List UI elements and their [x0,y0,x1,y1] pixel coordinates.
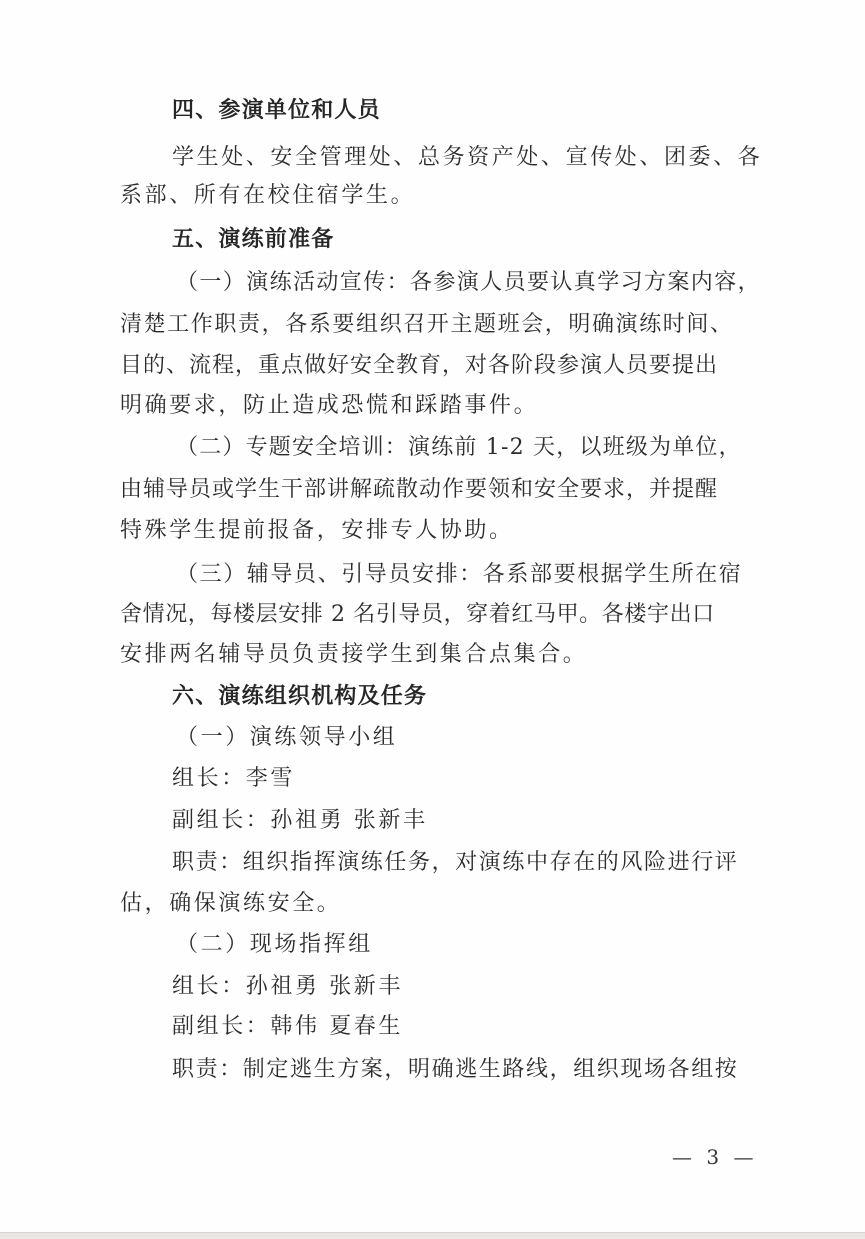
paragraph-line: （二）专题安全培训：演练前 1-2 天，以班级为单位， [176,434,742,462]
paragraph-line: 明确要求，防止造成恐慌和踩踏事件。 [120,392,538,420]
section-heading-organization: 六、演练组织机构及任务 [172,683,427,711]
paragraph-line: 由辅导员或学生干部讲解疏散动作要领和安全要求，并提醒 [120,476,718,504]
paragraph-line: 安排两名辅导员负责接学生到集合点集合。 [120,641,587,669]
paragraph-line: 特殊学生提前报备，安排专人协助。 [120,517,514,545]
subsection-heading-onsite-command: （二）现场指挥组 [176,931,373,959]
paragraph-line: 组长：孙祖勇 张新丰 [172,973,403,1001]
paragraph-line: 职责：组织指挥演练任务，对演练中存在的风险进行评 [172,849,738,877]
paragraph-line: 舍情况，每楼层安排 2 名引导员，穿着红马甲。各楼宇出口 [120,601,715,629]
section-heading-preparation: 五、演练前准备 [172,226,334,254]
paragraph-line: （一）演练活动宣传：各参演人员要认真学习方案内容， [176,269,761,297]
paragraph-line: 清楚工作职责，各系要组织召开主题班会，明确演练时间、 [120,311,734,339]
paragraph-line: 职责：制定逃生方案，明确逃生路线，组织现场各组按 [172,1056,738,1084]
page-number: — 3 — [672,1144,757,1170]
paragraph-line: 学生处、安全管理处、总务资产处、宣传处、团委、各 [172,144,762,172]
paragraph-line: 组长：李雪 [172,765,295,793]
page-bottom-edge [0,1232,865,1239]
paragraph-line: 副组长：孙祖勇 张新丰 [172,807,428,835]
paragraph-line: 系部、所有在校住宿学生。 [120,182,415,210]
paragraph-line: 副组长：韩伟 夏春生 [172,1013,403,1041]
paragraph-line: 目的、流程，重点做好安全教育，对各阶段参演人员要提出 [120,352,718,380]
paragraph-line: （三）辅导员、引导员安排：各系部要根据学生所在宿 [176,561,742,589]
document-page: 四、参演单位和人员 学生处、安全管理处、总务资产处、宣传处、团委、各 系部、所有… [0,0,865,1232]
section-heading-participants: 四、参演单位和人员 [172,97,381,125]
subsection-heading-leadership: （一）演练领导小组 [176,724,397,752]
paragraph-line: 估，确保演练安全。 [120,890,341,918]
